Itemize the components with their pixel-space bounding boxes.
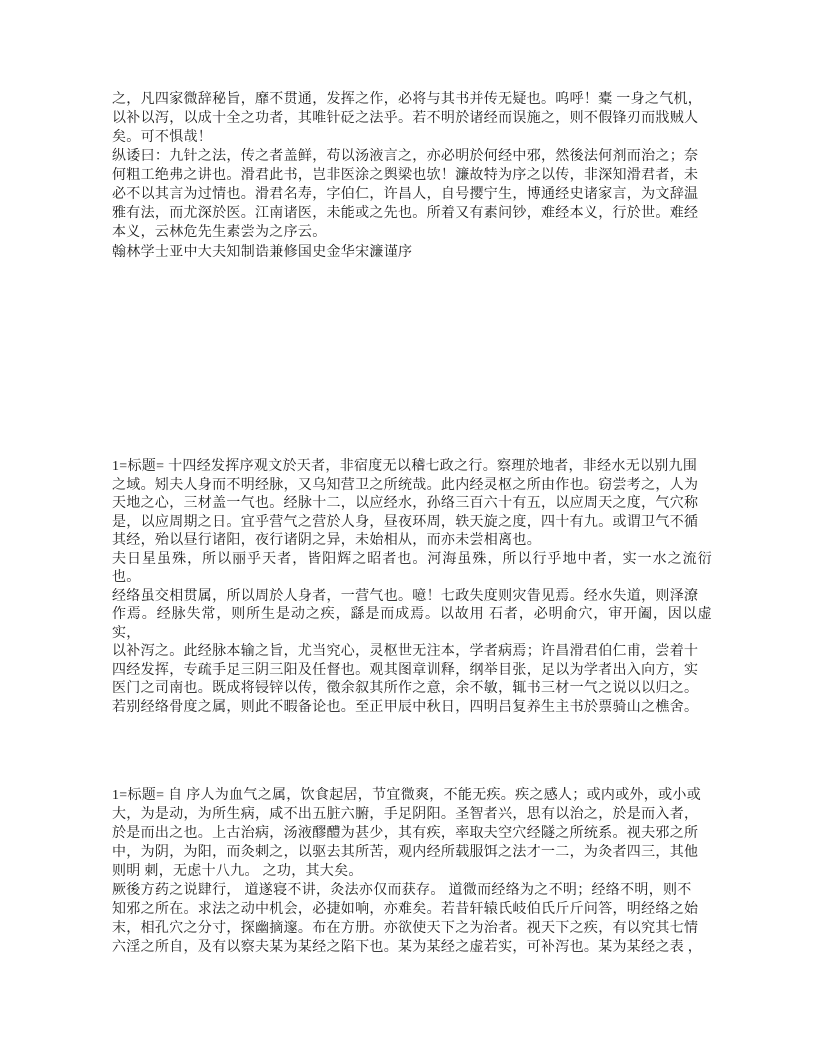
text-line: 1=标题= 自 序人为血气之属，饮食起居，节宜微爽，不能无疾。疾之感人；或内或外… [112,786,712,805]
text-line: 天地之心，三材盖一气也。经脉十二，以应经水，孙络三百六十有五，以应周天之度，气穴… [112,495,712,514]
text-line: 夫日星虽殊，所以丽乎天者，皆阳辉之昭者也。河海虽殊，所以行乎地中者，实一水之流衍… [112,551,712,588]
paragraph-self-preface: 1=标题= 自 序人为血气之属，饮食起居，节宜微爽，不能无疾。疾之感人；或内或外… [112,786,712,957]
text-line: 是，以应周期之日。宜乎营气之营於人身，昼夜环周，轶天旋之度，四十有九。或谓卫气不… [112,514,712,533]
text-line: 大，为是动，为所生病，咸不出五脏六腑，手足阴阳。圣智者兴，思有以治之，於是而入者… [112,805,712,824]
text-line: 矣。可不惧哉！ [112,128,712,147]
text-line: 四经发挥，专疏手足三阴三阳及任督也。观其图章训释，纲举目张，足以为学者出入向方，… [112,662,712,681]
document-page: 之，凡四家微辞秘旨，靡不贯通，发挥之作，必将与其书并传无疑也。呜呼！橐 一身之气… [0,0,816,1056]
text-line: 其经，殆以昼行诸阳，夜行诸阴之异，未始相从，而亦未尝相离也。 [112,532,712,551]
text-line: 末，相孔穴之分寸，探幽摘邃。布在方册。亦欲使天下之为治者。视天下之疾，有以究其七… [112,919,712,938]
text-line: 知邪之所在。求法之动中机会，必捷如响，亦难矣。若昔轩辕氏岐伯氏斤斤问答，明经络之… [112,900,712,919]
text-line: 以补泻之。此经脉本输之旨，尤当究心，灵枢世无注本，学者病焉；许昌滑君伯仁甫，尝着… [112,643,712,662]
text-line: 纵诿曰：九针之法，传之者盖鲜，苟以汤液言之，亦必明於何经中邪，然後法何剂而治之；… [112,147,712,166]
paragraph-lvfu-preface: 1=标题= 十四经发挥序观文於天者，非宿度无以稽七政之行。察理於地者，非经水无以… [112,458,712,717]
text-line: 何粗工绝弗之讲也。滑君此书，岂非医涂之舆梁也欤！濂故特为序之以传，非深知滑君者，… [112,166,712,185]
text-line: 1=标题= 十四经发挥序观文於天者，非宿度无以稽七政之行。察理於地者，非经水无以… [112,458,712,477]
text-line: 以补以泻，以成十全之功者，其唯针砭之法乎。若不明於诸经而误施之，则不假锋刃而戕贼… [112,109,712,128]
text-line: 若别经络骨度之属，则此不暇备论也。至正甲辰中秋日，四明吕复养生主书於票骑山之樵舍… [112,699,712,718]
text-line: 中，为阴，为阳，而灸刺之，以驱去其所苦，观内经所载服饵之法才一二，为灸者四三，其… [112,843,712,862]
text-line: 於是而出之也。上古治病，汤液醪醴为甚少，其有疾，率取夫空穴经隧之所统系。视夫邪之… [112,824,712,843]
text-line: 医门之司南也。既成将锓锌以传，徵余叙其所作之意，余不敏，辄书三材一气之说以以归之… [112,680,712,699]
paragraph-signature-line: 翰林学士亚中大夫知制诰兼修国史金华宋濂谨序 [112,243,712,262]
text-line: 翰林学士亚中大夫知制诰兼修国史金华宋濂谨序 [112,243,712,262]
text-line: 必不以其言为过情也。滑君名寿，字伯仁，许昌人，自号撄宁生，博通经史诸家言，为文辞… [112,185,712,204]
text-line: 六淫之所自，及有以察夫某为某经之陷下也。某为某经之虚若实，可补泻也。某为某经之表… [112,938,712,957]
text-line: 经络虽交相贯属，所以周於人身者，一营气也。噫！七政失度则灾眚见焉。经水失道，则泽… [112,588,712,607]
paragraph-preface-end: 之，凡四家微辞秘旨，靡不贯通，发挥之作，必将与其书并传无疑也。呜呼！橐 一身之气… [112,90,712,242]
text-line: 之，凡四家微辞秘旨，靡不贯通，发挥之作，必将与其书并传无疑也。呜呼！橐 一身之气… [112,90,712,109]
text-line: 作焉。经脉失常，则所生是动之疾，繇是而成焉。以故用 石者，必明俞穴，审开阖，因以… [112,606,712,643]
text-line: 本义，云林危先生素尝为之序云。 [112,223,712,242]
text-line: 之域。矧夫人身而不明经脉，又乌知营卫之所统哉。此内经灵枢之所由作也。窃尝考之，人… [112,477,712,496]
text-line: 雅有法，而尤深於医。江南诸医，未能或之先也。所着又有素问钞，难经本义，行於世。难… [112,204,712,223]
text-line: 厥後方药之说肆行， 道遂寝不讲，灸法亦仅而获存。 道微而经络为之不明；经络不明，… [112,881,712,900]
text-line: 则明 刺，无虑十八九。 之功，其大矣。 [112,862,712,881]
